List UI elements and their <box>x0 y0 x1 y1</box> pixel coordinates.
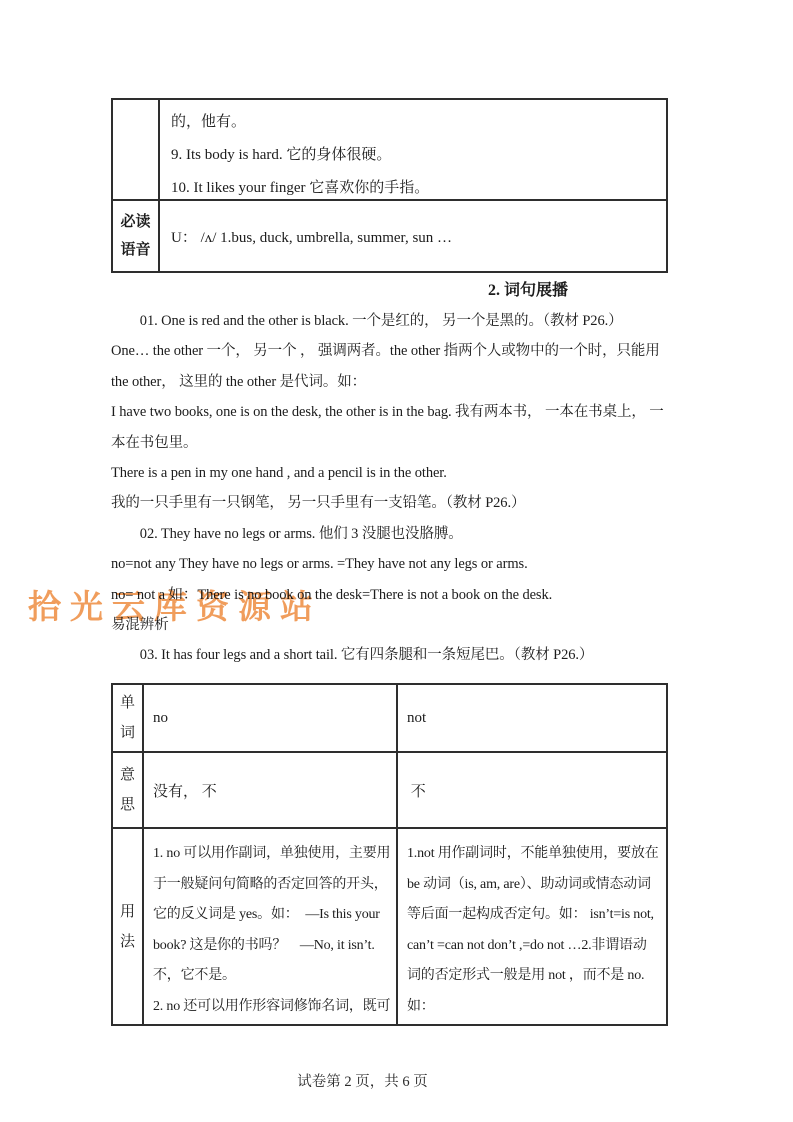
usage-line: 于一般疑问句简略的否定回答的开头， <box>153 870 392 901</box>
section-line: the other， 这里的 the other 是代词。如： <box>111 367 684 397</box>
label-line: 必读 <box>120 208 150 236</box>
sentence-line: 9. Its body is hard. 它的身体很硬。 <box>171 139 658 172</box>
sentence-line: 10. It likes your finger 它喜欢你的手指。 <box>171 172 658 201</box>
usage-no-cell: 1. no 可以用作副词，单独使用，主要用于一般疑问句简略的否定回答的开头，它的… <box>144 829 398 1024</box>
usage-line: 它的反义词是 yes。如： —Is this your <box>153 900 392 931</box>
phonics-table-empty-label-cell <box>113 100 160 201</box>
section-line: 02. They have no legs or arms. 他们 3 没腿也没… <box>111 519 684 549</box>
meaning-not: 不 <box>407 780 426 801</box>
no-vs-not-table: 单词 no not 意思 没有， 不 不 用法 1. no 可以用作副词，单独使… <box>111 683 668 1026</box>
section-body: 01. One is red and the other is black. 一… <box>111 306 684 671</box>
usage-line: 2. no 还可以用作形容词修饰名词，既可 <box>153 992 392 1023</box>
must-read-phonics-label: 必读语音 <box>113 201 160 271</box>
meaning-no: 没有， 不 <box>153 780 217 801</box>
label-char: 法 <box>120 927 135 957</box>
label-char: 意 <box>120 760 135 790</box>
section-line: 01. One is red and the other is black. 一… <box>111 306 684 336</box>
words-sentences-section: 2. 词句展播 01. One is red and the other is … <box>111 276 684 671</box>
section-heading: 2. 词句展播 <box>111 276 684 306</box>
usage-line: 等后面一起构成否定句。如： isn’t=is not, <box>407 900 662 931</box>
label-char: 用 <box>120 897 135 927</box>
footer-page-number: 试卷第 2 页，共 6 页 <box>0 1070 759 1091</box>
document-page: 拾光云库资源站 的，他有。9. Its body is hard. 它的身体很硬… <box>0 0 793 1122</box>
word-not: not <box>407 710 426 727</box>
section-line: 03. It has four legs and a short tail. 它… <box>111 640 684 670</box>
section-line: 本在书包里。 <box>111 428 684 458</box>
row-label-usage: 用法 <box>113 829 144 1024</box>
usage-line: 1. no 可以用作副词，单独使用，主要用 <box>153 839 392 870</box>
label-char: 单 <box>120 688 135 718</box>
row-label-meaning: 意思 <box>113 753 144 829</box>
label-char: 词 <box>120 718 135 748</box>
phonics-table: 的，他有。9. Its body is hard. 它的身体很硬。10. It … <box>111 98 668 273</box>
usage-line: book? 这是你的书吗？ —No, it isn’t. <box>153 931 392 962</box>
label-char: 思 <box>120 790 135 820</box>
section-line: One… the other 一个， 另一个 ， 强调两者。the other … <box>111 336 684 366</box>
section-line: no=not any They have no legs or arms. =T… <box>111 549 684 579</box>
phonics-content: U： /ʌ/ 1.bus, duck, umbrella, summer, su… <box>171 226 452 247</box>
usage-line: can’t =can not don’t ,=do not …2.非谓语动 <box>407 931 662 962</box>
usage-line: 词的否定形式一般是用 not ，而不是 no. <box>407 961 662 992</box>
sentence-list-cell: 的，他有。9. Its body is hard. 它的身体很硬。10. It … <box>160 100 666 201</box>
section-line: There is a pen in my one hand , and a pe… <box>111 458 684 488</box>
usage-line: 如： <box>407 992 662 1023</box>
section-line: 我的一只手里有一只钢笔， 另一只手里有一支铅笔。（教材 P26.） <box>111 488 684 518</box>
usage-not-cell: 1.not 用作副词时，不能单独使用，要放在be 动词（is, am, are）… <box>398 829 666 1024</box>
sentence-line: 的，他有。 <box>171 106 658 139</box>
label-line: 语音 <box>120 236 150 264</box>
word-no: no <box>153 710 168 727</box>
usage-line: 不，它不是。 <box>153 961 392 992</box>
section-line: I have two books, one is on the desk, th… <box>111 397 684 427</box>
section-line: no= not a 如：There is no book on the desk… <box>111 580 684 610</box>
usage-line: be 动词（is, am, are）、助动词或情态动词 <box>407 870 662 901</box>
usage-line: 1.not 用作副词时，不能单独使用，要放在 <box>407 839 662 870</box>
row-label-word: 单词 <box>113 685 144 753</box>
section-line: 易混辨析 <box>111 610 684 640</box>
